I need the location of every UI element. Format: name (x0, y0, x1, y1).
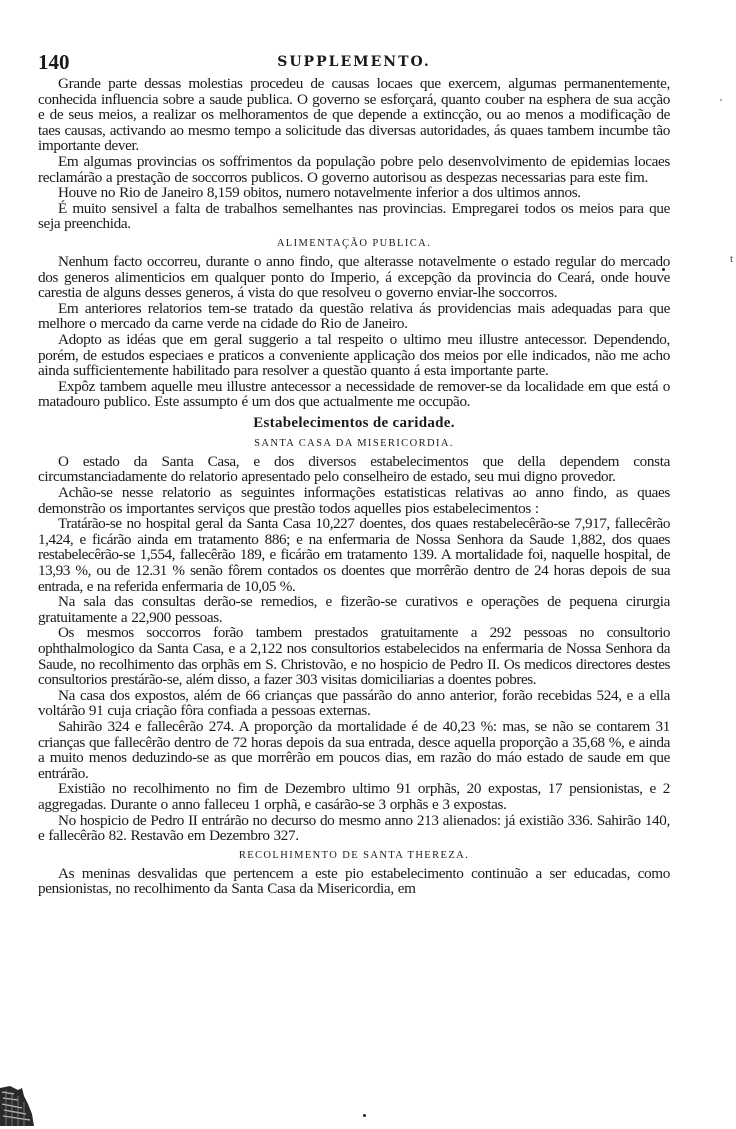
paragraph-mercado-generos: Nenhum facto occorreu, durante o anno fi… (38, 254, 670, 301)
paragraph-meninas-desvalidas: As meninas desvalidas que pertencem a es… (38, 866, 670, 897)
scan-speck (363, 1114, 366, 1117)
paragraph-causas-locaes: Grande parte dessas molestias procedeu d… (38, 76, 670, 154)
paragraph-epidemias-locaes: Em algumas provincias os soffrimentos da… (38, 154, 670, 185)
paragraph-sala-consultas: Na sala das consultas derão-se remedios,… (38, 594, 670, 625)
paragraph-ideas-antecessor: Adopto as idéas que em geral suggerio a … (38, 332, 670, 379)
section-title-santa-casa: SANTA CASA DA MISERICORDIA. (38, 437, 670, 451)
paragraph-casa-expostos: Na casa dos expostos, além de 66 criança… (38, 688, 670, 719)
paragraph-consultorios: Os mesmos soccorros forão tambem prestad… (38, 625, 670, 687)
paragraph-falta-trabalhos: É muito sensivel a falta de trabalhos se… (38, 201, 670, 232)
section-title-alimentacao-publica: ALIMENTAÇÃO PUBLICA. (38, 237, 670, 251)
running-title: SUPPLEMENTO. (38, 52, 670, 72)
paragraph-estado-santa-casa: O estado da Santa Casa, e dos diversos e… (38, 454, 670, 485)
paragraph-carne-verde: Em anteriores relatorios tem-se tratado … (38, 301, 670, 332)
margin-mark: t (730, 254, 733, 265)
section-title-santa-thereza: RECOLHIMENTO DE SANTA THEREZA. (38, 849, 670, 863)
paragraph-matadouro: Expôz tambem aquelle meu illustre antece… (38, 379, 670, 410)
scan-artifact-seal-icon (0, 1082, 34, 1126)
section-heading-estabelecimentos-caridade: Estabelecimentos de caridade. (38, 414, 670, 432)
paragraph-recolhimento-orphas: Existião no recolhimento no fim de Dezem… (38, 781, 670, 812)
paragraph-mortalidade-expostos: Sahirão 324 e fallecêrão 274. A proporçã… (38, 719, 670, 781)
paragraph-obitos-rio: Houve no Rio de Janeiro 8,159 obitos, nu… (38, 185, 670, 201)
running-head: 140 SUPPLEMENTO. (38, 50, 670, 74)
margin-mark: ' (720, 98, 722, 109)
paragraph-hospital-geral: Tratárão-se no hospital geral da Santa C… (38, 516, 670, 594)
paragraph-informacoes-estatisticas: Achão-se nesse relatorio as seguintes in… (38, 485, 670, 516)
scan-speck (662, 268, 665, 271)
document-page: 140 SUPPLEMENTO. Grande parte dessas mol… (38, 50, 670, 897)
paragraph-hospicio-pedro-ii: No hospicio de Pedro II entrárão no decu… (38, 813, 670, 844)
